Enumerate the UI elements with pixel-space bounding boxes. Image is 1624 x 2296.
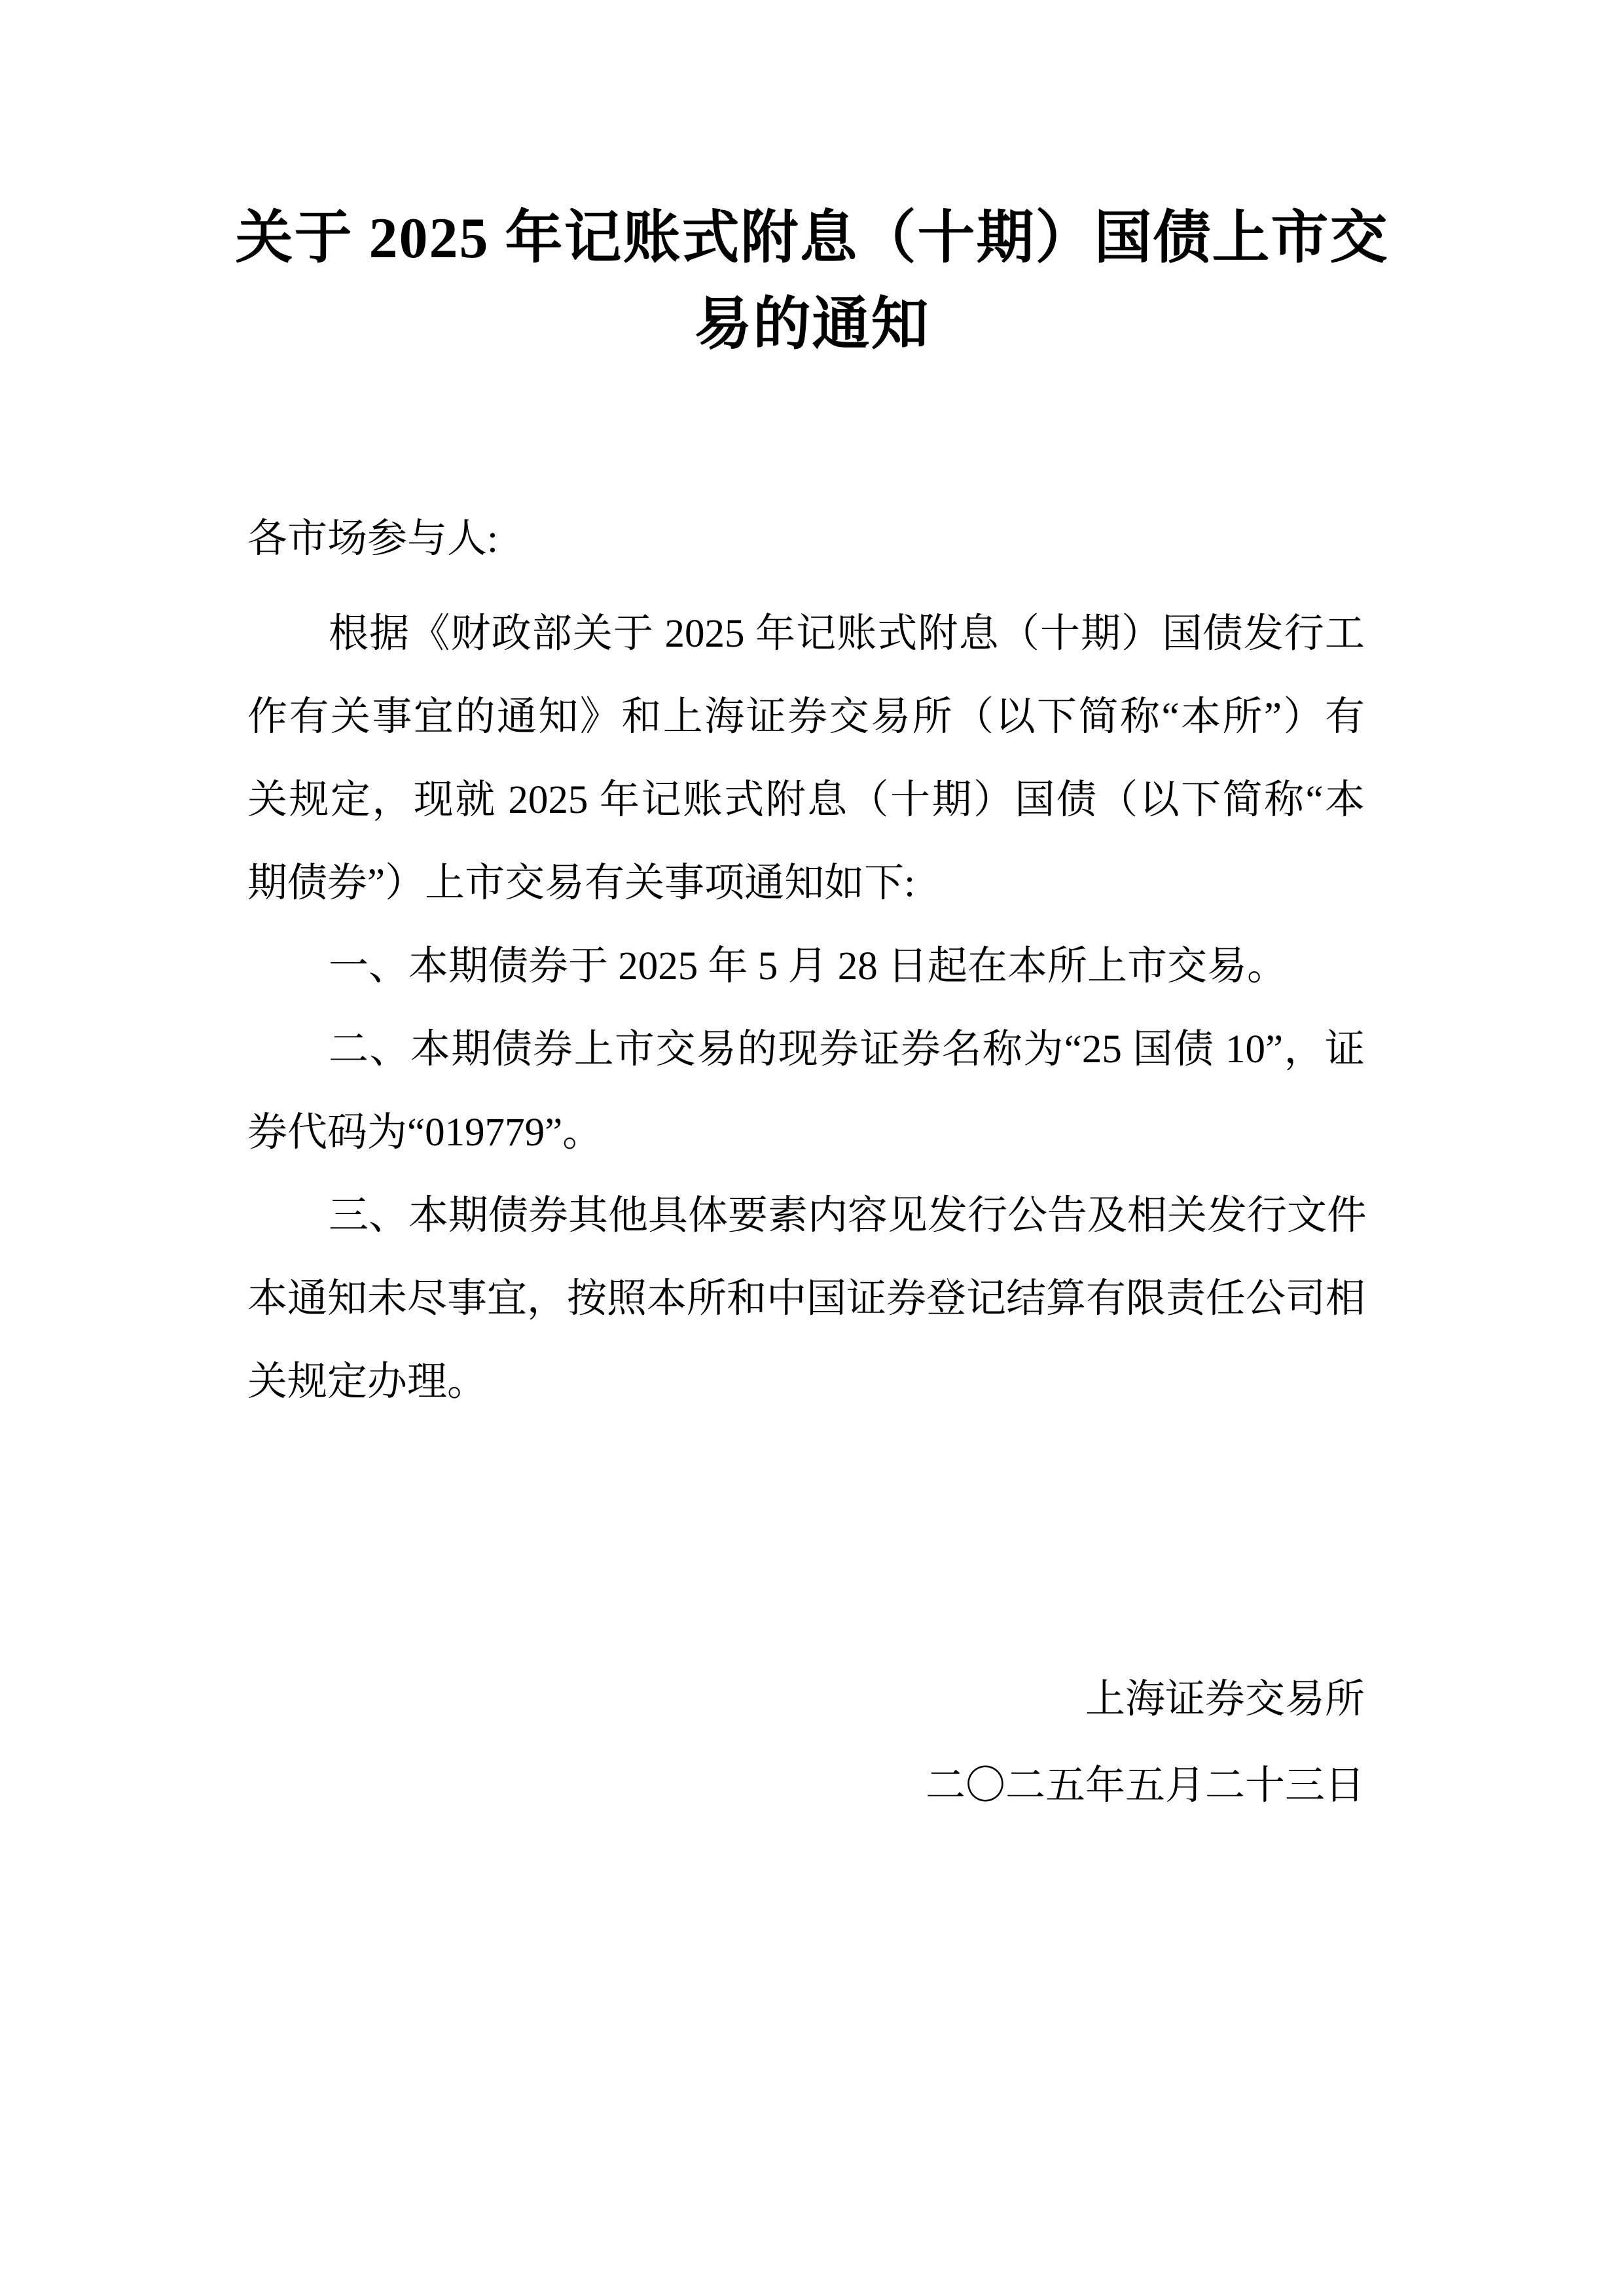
paragraph-line: 本通知未尽事宜，按照本所和中国证券登记结算有限责任公司相 [247, 1257, 1365, 1340]
notice-document-page: 关于 2025 年记账式附息（十期）国债上市交 易的通知 各市场参与人: 根据《… [0, 0, 1624, 2296]
issuer-name: 上海证券交易所 [247, 1657, 1365, 1743]
paragraph-line: 券代码为“019779”。 [247, 1091, 1365, 1174]
list-item-2: 二、本期债券上市交易的现券证券名称为“25 国债 10”，证 券代码为“0197… [247, 1008, 1365, 1174]
document-body: 各市场参与人: 根据《财政部关于 2025 年记账式附息（十期）国债发行工 作有… [247, 497, 1365, 1424]
list-item-3: 三、本期债券其他具体要素内容见发行公告及相关发行文件。 本通知未尽事宜，按照本所… [247, 1174, 1365, 1424]
issue-date: 二〇二五年五月二十三日 [247, 1743, 1365, 1829]
document-title: 关于 2025 年记账式附息（十期）国债上市交 易的通知 [0, 196, 1624, 368]
salutation: 各市场参与人: [247, 497, 1365, 581]
paragraph-line: 作有关事宜的通知》和上海证券交易所（以下简称“本所”）有 [247, 675, 1365, 759]
paragraph-line: 二、本期债券上市交易的现券证券名称为“25 国债 10”，证 [247, 1008, 1365, 1091]
title-line-1: 关于 2025 年记账式附息（十期）国债上市交 [0, 196, 1624, 282]
title-line-2: 易的通知 [0, 282, 1624, 368]
paragraph-line: 关规定办理。 [247, 1340, 1365, 1424]
paragraph-intro: 根据《财政部关于 2025 年记账式附息（十期）国债发行工 作有关事宜的通知》和… [247, 592, 1365, 925]
paragraph-line: 根据《财政部关于 2025 年记账式附息（十期）国债发行工 [247, 592, 1365, 675]
signature-block: 上海证券交易所 二〇二五年五月二十三日 [247, 1657, 1365, 1829]
paragraph-line: 期债券”）上市交易有关事项通知如下: [247, 842, 1365, 925]
paragraph-line: 关规定，现就 2025 年记账式附息（十期）国债（以下简称“本 [247, 759, 1365, 842]
paragraph-line: 三、本期债券其他具体要素内容见发行公告及相关发行文件。 [247, 1174, 1365, 1257]
list-item-1: 一、本期债券于 2025 年 5 月 28 日起在本所上市交易。 [247, 925, 1365, 1008]
